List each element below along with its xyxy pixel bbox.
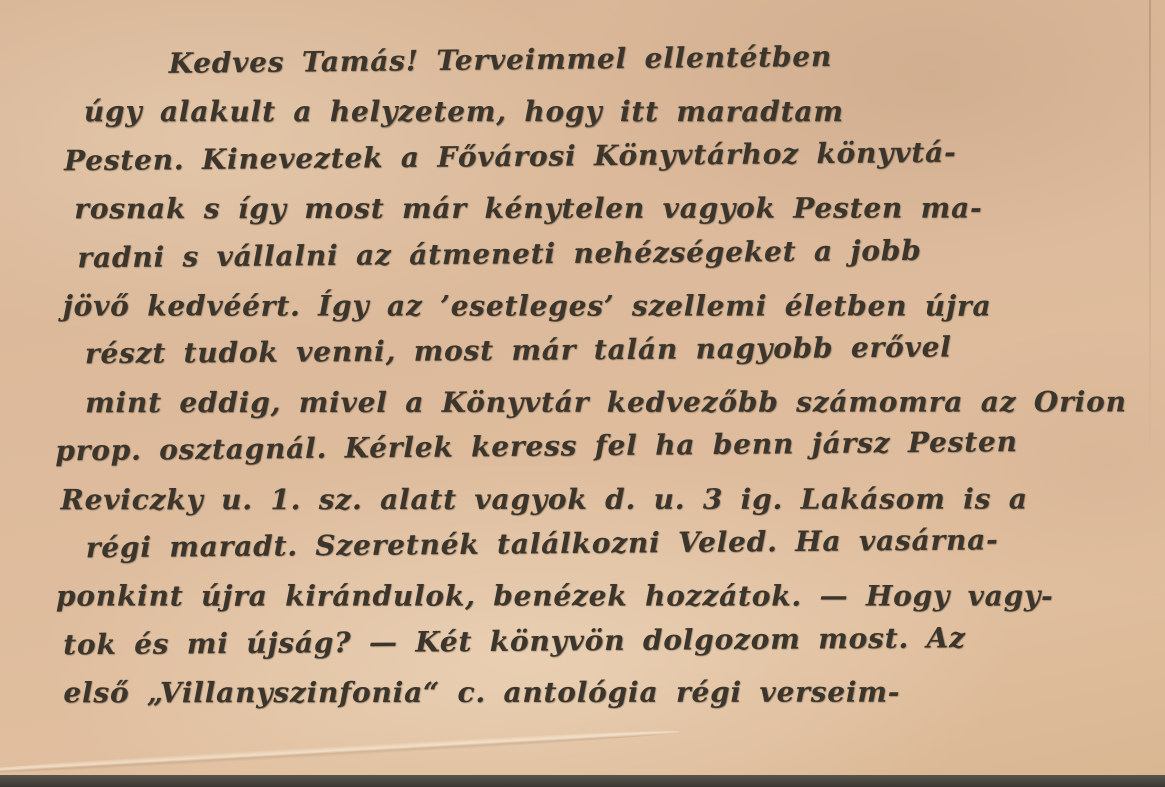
scan-background-strip (0, 775, 1165, 787)
handwritten-line: első „Villanyszinfonia“ c. antológia rég… (63, 669, 1126, 718)
handwritten-line: Kedves Tamás! Terveimmel ellentétben (168, 30, 1123, 88)
handwritten-line: prop. osztagnál. Kérlek keress fel ha be… (55, 417, 1125, 476)
handwritten-line: régi maradt. Szeretnék találkozni Veled.… (86, 515, 1126, 572)
handwritten-line: részt tudok venni, most már talán nagyob… (85, 322, 1125, 379)
handwritten-line: radni s vállalni az átmeneti nehézségeke… (77, 225, 1124, 283)
handwritten-letter-text: Kedves Tamás! Terveimmel ellentétben úgy… (54, 36, 1127, 718)
paper-crease (0, 727, 680, 777)
handwritten-line: Pesten. Kineveztek a Fővárosi Könyvtárho… (64, 127, 1124, 186)
scanned-postcard-photo: Kedves Tamás! Terveimmel ellentétben úgy… (0, 0, 1165, 787)
postcard-paper: Kedves Tamás! Terveimmel ellentétben úgy… (0, 0, 1165, 775)
handwritten-line: tok és mi újság? — Két könyvön dolgozom … (63, 613, 1126, 670)
